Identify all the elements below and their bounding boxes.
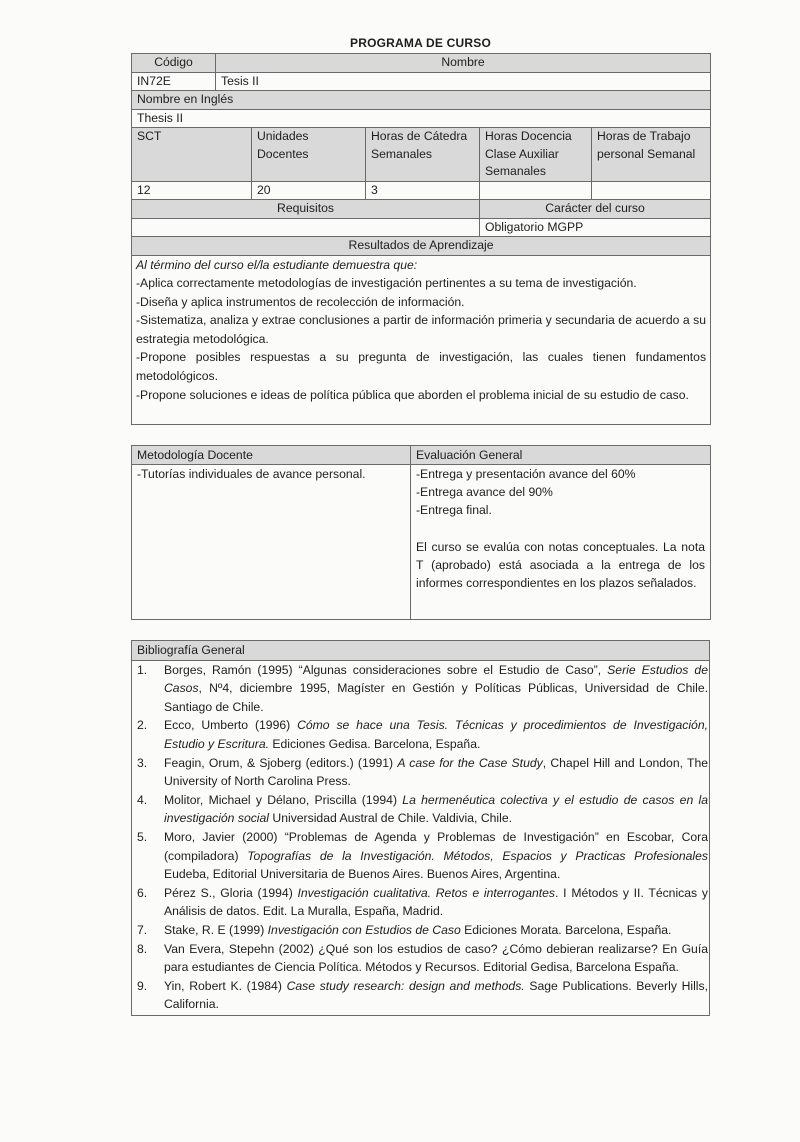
evaluation-label: Evaluación General: [411, 446, 711, 465]
bibliography-item-text: Stake, R. E (1999) Investigación con Est…: [164, 921, 709, 940]
outcome-item: -Aplica correctamente metodologías de in…: [136, 274, 706, 293]
horas-auxiliar-label: Horas Docencia Clase Auxiliar Semanales: [480, 128, 592, 182]
requisitos-label: Requisitos: [132, 200, 480, 219]
english-name: Thesis II: [132, 109, 711, 128]
code-name-row: IN72E Tesis II: [132, 72, 711, 91]
bibliography-body: 1.Borges, Ramón (1995) “Algunas consider…: [132, 660, 710, 1015]
bibliography-item: 8.Van Evera, Stepehn (2002) ¿Qué son los…: [132, 940, 709, 977]
bibliography-item: 9.Yin, Robert K. (1984) Case study resea…: [132, 977, 709, 1014]
evaluation-item: -Entrega y presentación avance del 60%: [416, 465, 705, 483]
horas-auxiliar-value: [480, 181, 592, 200]
bibliography-item: 2.Ecco, Umberto (1996) Cómo se hace una …: [132, 716, 709, 753]
methodology-item: -Tutorías individuales de avance persona…: [137, 465, 405, 483]
bibliography-table: Bibliografía General 1.Borges, Ramón (19…: [131, 640, 710, 1016]
course-name: Tesis II: [216, 72, 711, 91]
outcomes-row: Al término del curso el/la estudiante de…: [132, 255, 711, 425]
methodology-evaluation-table: Metodología Docente Evaluación General -…: [131, 445, 711, 620]
evaluation-note: El curso se evalúa con notas conceptuale…: [416, 538, 705, 592]
english-name-label: Nombre en Inglés: [132, 91, 711, 110]
horas-trabajo-label: Horas de Trabajo personal Semanal: [592, 128, 711, 182]
bibliography-item-number: 1.: [132, 661, 164, 717]
evaluation-item: -Entrega avance del 90%: [416, 483, 705, 501]
bibliography-item-number: 6.: [132, 884, 164, 921]
code-label: Código: [132, 54, 216, 73]
english-name-row: Thesis II: [132, 109, 711, 128]
methodology-header-row: Metodología Docente Evaluación General: [132, 446, 711, 465]
bibliography-item-text: Yin, Robert K. (1984) Case study researc…: [164, 977, 709, 1014]
bibliography-label: Bibliografía General: [132, 641, 710, 661]
bibliography-header-row: Bibliografía General: [132, 641, 710, 661]
outcome-item: -Diseña y aplica instrumentos de recolec…: [136, 293, 706, 312]
bibliography-item: 3.Feagin, Orum, & Sjoberg (editors.) (19…: [132, 754, 709, 791]
requisitos-header-row: Requisitos Carácter del curso: [132, 200, 711, 219]
bibliography-item-number: 4.: [132, 791, 164, 828]
course-info-table: Código Nombre IN72E Tesis II Nombre en I…: [131, 53, 711, 425]
bibliography-item: 7.Stake, R. E (1999) Investigación con E…: [132, 921, 709, 940]
bibliography-item: 1.Borges, Ramón (1995) “Algunas consider…: [132, 661, 709, 717]
bibliography-item: 5.Moro, Javier (2000) “Problemas de Agen…: [132, 828, 709, 884]
bibliography-item-text: Moro, Javier (2000) “Problemas de Agenda…: [164, 828, 709, 884]
horas-trabajo-value: [592, 181, 711, 200]
code-name-header-row: Código Nombre: [132, 54, 711, 73]
bibliography-item-text: Borges, Ramón (1995) “Algunas considerac…: [164, 661, 709, 717]
evaluation-item: -Entrega final.: [416, 501, 705, 519]
page-title: PROGRAMA DE CURSO: [131, 36, 710, 50]
bibliography-item: 4.Molitor, Michael y Délano, Priscilla (…: [132, 791, 709, 828]
outcomes-header-row: Resultados de Aprendizaje: [132, 237, 711, 256]
name-label: Nombre: [216, 54, 711, 73]
bibliography-item-number: 2.: [132, 716, 164, 753]
outcome-item: -Propone soluciones e ideas de política …: [136, 386, 706, 405]
horas-catedra-value: 3: [366, 181, 480, 200]
caracter-value: Obligatorio MGPP: [480, 218, 711, 237]
bibliography-list: 1.Borges, Ramón (1995) “Algunas consider…: [132, 661, 709, 1015]
bibliography-item-text: Feagin, Orum, & Sjoberg (editors.) (1991…: [164, 754, 709, 791]
english-name-header-row: Nombre en Inglés: [132, 91, 711, 110]
bibliography-body-row: 1.Borges, Ramón (1995) “Algunas consider…: [132, 660, 710, 1015]
outcomes-intro: Al término del curso el/la estudiante de…: [136, 256, 706, 275]
hours-values-row: 12 20 3: [132, 181, 711, 200]
bibliography-item-number: 8.: [132, 940, 164, 977]
sct-value: 12: [132, 181, 252, 200]
unidades-docentes-label: Unidades Docentes: [252, 128, 366, 182]
outcome-item: -Sistematiza, analiza y extrae conclusio…: [136, 311, 706, 348]
hours-header-row: SCT Unidades Docentes Horas de Cátedra S…: [132, 128, 711, 182]
outcome-item: -Propone posibles respuestas a su pregun…: [136, 348, 706, 385]
methodology-body-row: -Tutorías individuales de avance persona…: [132, 465, 711, 620]
bibliography-item-text: Molitor, Michael y Délano, Priscilla (19…: [164, 791, 709, 828]
bibliography-item-number: 9.: [132, 977, 164, 1014]
bibliography-item: 6.Pérez S., Gloria (1994) Investigación …: [132, 884, 709, 921]
bibliography-item-text: Ecco, Umberto (1996) Cómo se hace una Te…: [164, 716, 709, 753]
methodology-label: Metodología Docente: [132, 446, 411, 465]
outcomes-body: Al término del curso el/la estudiante de…: [132, 255, 711, 425]
requisitos-value: [132, 218, 480, 237]
bibliography-item-number: 7.: [132, 921, 164, 940]
methodology-body: -Tutorías individuales de avance persona…: [132, 465, 411, 620]
bibliography-item-text: Van Evera, Stepehn (2002) ¿Qué son los e…: [164, 940, 709, 977]
evaluation-body: -Entrega y presentación avance del 60% -…: [411, 465, 711, 620]
course-code: IN72E: [132, 72, 216, 91]
requisitos-row: Obligatorio MGPP: [132, 218, 711, 237]
bibliography-item-number: 3.: [132, 754, 164, 791]
bibliography-item-text: Pérez S., Gloria (1994) Investigación cu…: [164, 884, 709, 921]
bibliography-item-number: 5.: [132, 828, 164, 884]
unidades-docentes-value: 20: [252, 181, 366, 200]
horas-catedra-label: Horas de Cátedra Semanales: [366, 128, 480, 182]
sct-label: SCT: [132, 128, 252, 182]
caracter-label: Carácter del curso: [480, 200, 711, 219]
outcomes-label: Resultados de Aprendizaje: [132, 237, 711, 256]
